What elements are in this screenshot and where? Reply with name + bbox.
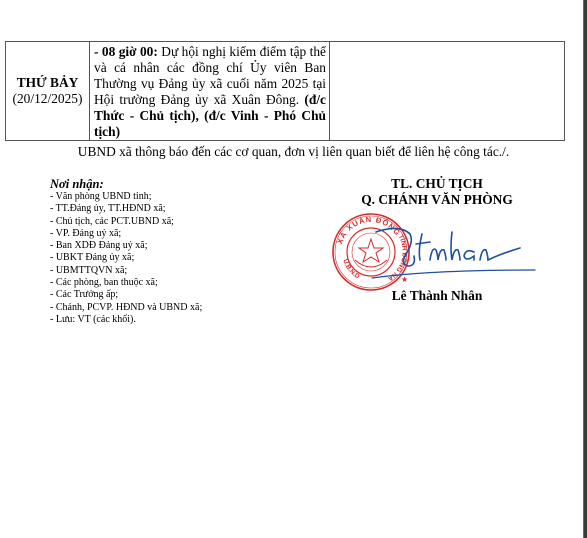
recipient-item: - Chánh, PCVP. HĐND và UBND xã;: [50, 302, 290, 314]
recipient-item: - UBKT Đảng ủy xã;: [50, 252, 290, 264]
recipient-item: - Ban XDĐ Đảng uỷ xã;: [50, 240, 290, 252]
recipient-item: - Chủ tịch, các PCT.UBND xã;: [50, 216, 290, 228]
recipients-title: Nơi nhận:: [50, 177, 290, 191]
recipient-item: - VP. Đảng uỷ xã;: [50, 228, 290, 240]
activity-cell: - 08 giờ 00: Dự hội nghị kiểm điểm tập t…: [90, 42, 330, 141]
time-label: - 08 giờ 00:: [94, 44, 158, 59]
recipients-block: Nơi nhận: - Văn phòng UBND tỉnh;- TT.Đản…: [50, 177, 290, 326]
recipient-item: - Các Trưởng ấp;: [50, 289, 290, 301]
recipient-item: - TT.Đảng ủy, TT.HĐND xã;: [50, 203, 290, 215]
handwritten-signature-icon: [370, 220, 540, 290]
svg-text:U.B.N.D: U.B.N.D: [341, 258, 360, 280]
window-right-border: [583, 0, 587, 538]
table-row: THỨ BẢY (20/12/2025) - 08 giờ 00: Dự hội…: [6, 42, 565, 141]
notice-text: UBND xã thông báo đến các cơ quan, đơn v…: [0, 144, 587, 160]
day-name: THỨ BẢY: [6, 75, 89, 91]
notes-cell: [330, 42, 565, 141]
recipients-list: - Văn phòng UBND tỉnh;- TT.Đảng ủy, TT.H…: [50, 191, 290, 326]
recipient-item: - UBMTTQVN xã;: [50, 265, 290, 277]
recipient-item: - Văn phòng UBND tỉnh;: [50, 191, 290, 203]
signer-name: Lê Thành Nhân: [332, 288, 542, 304]
signature-title-line2: Q. CHÁNH VĂN PHÒNG: [332, 192, 542, 208]
signature-block: TL. CHỦ TỊCH Q. CHÁNH VĂN PHÒNG: [332, 176, 542, 208]
day-date: (20/12/2025): [6, 91, 89, 107]
signature-title-line1: TL. CHỦ TỊCH: [332, 176, 542, 192]
recipient-item: - Lưu: VT (các khối).: [50, 314, 290, 326]
schedule-table: THỨ BẢY (20/12/2025) - 08 giờ 00: Dự hội…: [5, 41, 565, 141]
day-cell: THỨ BẢY (20/12/2025): [6, 42, 90, 141]
recipient-item: - Các phòng, ban thuộc xã;: [50, 277, 290, 289]
